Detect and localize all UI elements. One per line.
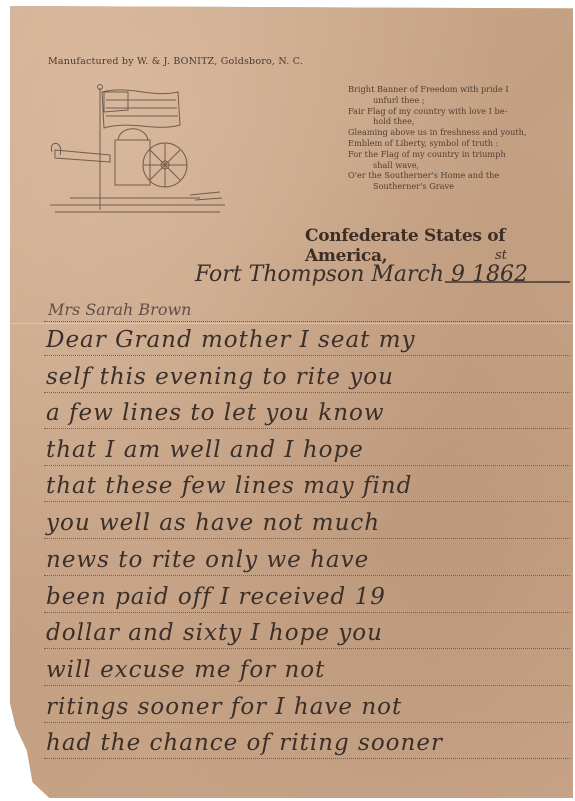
letter-line: you well as have not much [46, 510, 380, 536]
poem-line: Fair Flag of my country with love I be- [348, 106, 573, 117]
letter-line: Dear Grand mother I seat my [46, 327, 416, 353]
poem-line: shall wave, [348, 160, 573, 171]
ruled-line [44, 612, 570, 613]
ruled-line [44, 758, 570, 759]
flag-cannon-vignette-icon [50, 80, 230, 220]
ruled-line [44, 501, 570, 502]
ruled-line [44, 428, 570, 429]
letter-line: that these few lines may find [46, 473, 412, 499]
manufacturer-imprint: Manufactured by W. & J. BONITZ, Goldsbor… [48, 56, 303, 67]
poem-line: unfurl thee ; [348, 95, 573, 106]
ruled-line [44, 465, 570, 466]
ruled-line [44, 321, 570, 322]
dateline-underline [445, 281, 570, 283]
letter-line: self this evening to rite you [46, 364, 394, 390]
letterhead-title: Confederate States of America, [305, 226, 575, 266]
poem-line: hold thee, [348, 116, 573, 127]
poem-line: Emblem of Liberty, symbol of truth : [348, 138, 573, 149]
poem-line: For the Flag of my country in triumph [348, 149, 573, 160]
poem-line: Bright Banner of Freedom with pride I [348, 84, 573, 95]
poem-line: Southerner's Grave [348, 181, 573, 192]
dateline: Fort Thompson March 9 1862 [195, 262, 528, 287]
ruled-line [44, 722, 570, 723]
ruled-line [44, 685, 570, 686]
poem-line: O'er the Southerner's Home and the [348, 170, 573, 181]
letter-line: ritings sooner for I have not [46, 694, 402, 720]
letter-line: will excuse me for not [46, 657, 325, 683]
ruled-line [44, 355, 570, 356]
ruled-line [44, 575, 570, 576]
paper-fold-crease [10, 323, 573, 324]
addressee: Mrs Sarah Brown [48, 300, 191, 319]
letter-line: that I am well and I hope [46, 437, 364, 463]
patriotic-poem: Bright Banner of Freedom with pride I un… [348, 84, 573, 192]
letter-line: news to rite only we have [46, 547, 369, 573]
letter-line: dollar and sixty I hope you [46, 620, 383, 646]
letter-line: had the chance of riting sooner [46, 730, 443, 756]
poem-line: Gleaming above us in freshness and youth… [348, 127, 573, 138]
ruled-line [44, 648, 570, 649]
letter-line: been paid off I received 19 [46, 584, 386, 610]
ruled-line [44, 392, 570, 393]
letter-line: a few lines to let you know [46, 400, 385, 426]
dateline-superscript: st [495, 248, 507, 263]
ruled-line [44, 538, 570, 539]
